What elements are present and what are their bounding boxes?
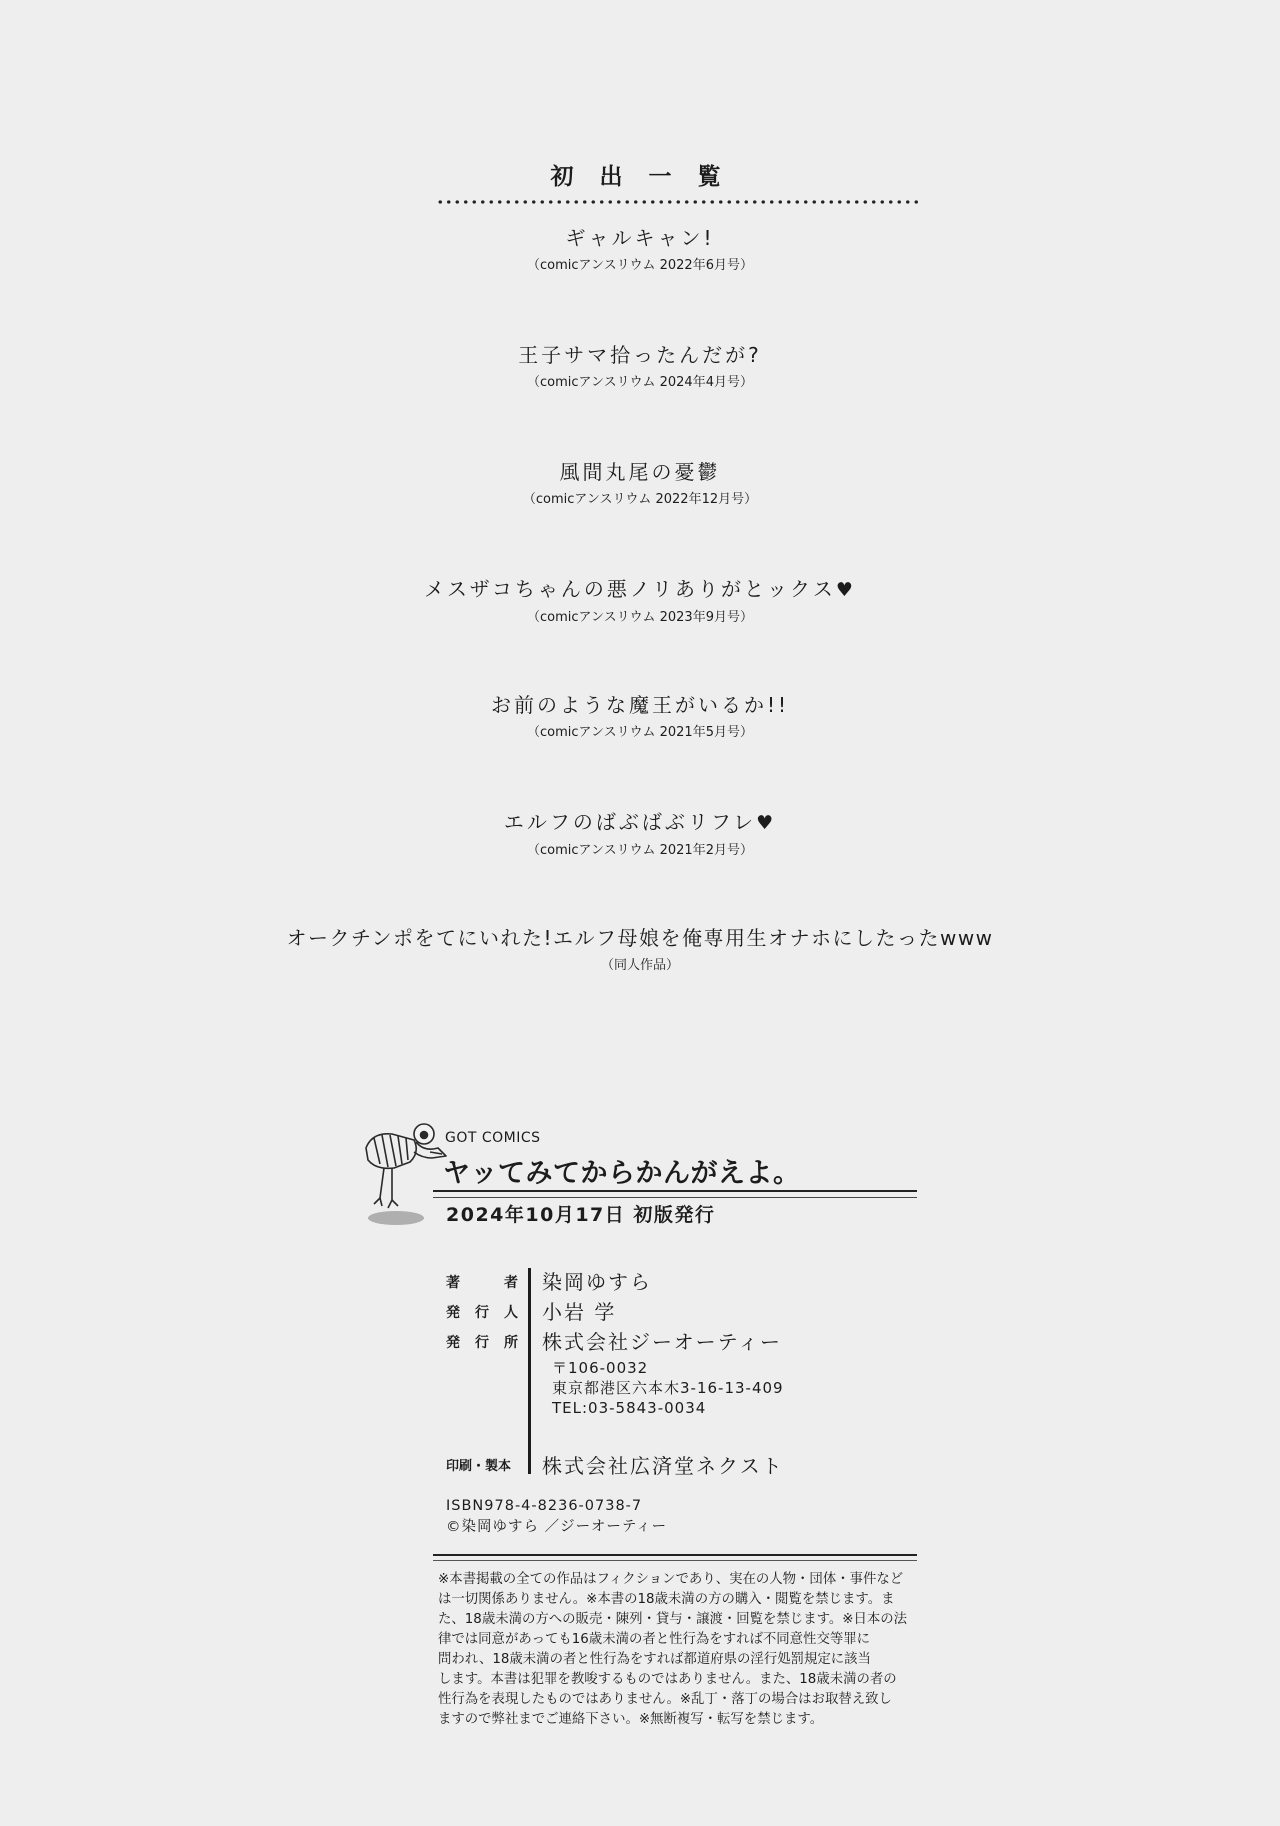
first-appearance-heading: 初 出 一 覧 bbox=[0, 158, 1280, 191]
entry-title: 王子サマ拾ったんだが? bbox=[0, 342, 1280, 368]
dotted-divider bbox=[436, 199, 920, 205]
printer-label: 印刷・製本 bbox=[446, 1455, 518, 1474]
entry-title: 風間丸尾の憂鬱 bbox=[0, 459, 1280, 485]
isbn: ISBN978-4-8236-0738-7 bbox=[446, 1496, 667, 1517]
entry-6: エルフのばぶばぶリフレ♥ （comicアンスリウム 2021年2月号） bbox=[0, 809, 1280, 860]
publisher-person-label: 発 行 人 bbox=[446, 1302, 518, 1322]
publisher-address: 〒106-0032 東京都港区六本木3-16-13-409 TEL:03-584… bbox=[552, 1358, 784, 1418]
entry-source: （comicアンスリウム 2023年9月号） bbox=[0, 609, 1280, 627]
credits-vertical-bar bbox=[528, 1268, 531, 1474]
copyright: ©染岡ゆすら ／ジーオーティー bbox=[446, 1517, 667, 1538]
street-address: 東京都港区六本木3-16-13-409 bbox=[552, 1378, 784, 1398]
author-label: 著 者 bbox=[446, 1272, 518, 1292]
publisher-label: 発 行 所 bbox=[446, 1332, 518, 1352]
bird-logo-icon bbox=[358, 1118, 448, 1228]
postal-code: 〒106-0032 bbox=[552, 1358, 784, 1378]
publisher-name: 株式会社ジーオーティー bbox=[542, 1326, 782, 1355]
entry-title: エルフのばぶばぶリフレ bbox=[504, 810, 756, 834]
series-label: GOT COMICS bbox=[445, 1130, 541, 1146]
entry-5: お前のような魔王がいるか!! （comicアンスリウム 2021年5月号） bbox=[0, 692, 1280, 742]
entry-title: お前のような魔王がいるか!! bbox=[0, 692, 1280, 718]
entry-3: 風間丸尾の憂鬱 （comicアンスリウム 2022年12月号） bbox=[0, 459, 1280, 509]
entry-source: （comicアンスリウム 2022年6月号） bbox=[0, 257, 1280, 275]
entry-source: （comicアンスリウム 2021年2月号） bbox=[0, 842, 1280, 860]
book-title: ヤッてみてからかんがえよ。 bbox=[443, 1151, 801, 1190]
entry-source: （comicアンスリウム 2022年12月号） bbox=[0, 491, 1280, 509]
notice-rule bbox=[433, 1554, 917, 1561]
entry-source: （comicアンスリウム 2024年4月号） bbox=[0, 374, 1280, 392]
entry-title: オークチンポをてにいれた!エルフ母娘を俺専用生オナホにしたったwww bbox=[0, 925, 1280, 951]
heart-icon: ♥ bbox=[756, 812, 776, 834]
author-name: 染岡ゆすら bbox=[542, 1266, 652, 1295]
publisher-person-name: 小岩 学 bbox=[542, 1296, 616, 1325]
isbn-block: ISBN978-4-8236-0738-7 ©染岡ゆすら ／ジーオーティー bbox=[446, 1496, 667, 1538]
entry-title: ギャルキャン! bbox=[0, 225, 1280, 251]
entry-4: メスザコちゃんの悪ノリありがとックス♥ （comicアンスリウム 2023年9月… bbox=[0, 576, 1280, 627]
telephone: TEL:03-5843-0034 bbox=[552, 1398, 784, 1418]
entry-7: オークチンポをてにいれた!エルフ母娘を俺専用生オナホにしたったwww （同人作品… bbox=[0, 925, 1280, 975]
heart-icon: ♥ bbox=[836, 579, 856, 601]
colophon-page: 初 出 一 覧 ギャルキャン! （comicアンスリウム 2022年6月号） 王… bbox=[0, 0, 1280, 1826]
title-rule bbox=[433, 1190, 917, 1198]
entry-source: （同人作品） bbox=[0, 957, 1280, 975]
legal-notice: ※本書掲載の全ての作品はフィクションであり、実在の人物・団体・事件など は一切関… bbox=[438, 1570, 918, 1730]
entry-2: 王子サマ拾ったんだが? （comicアンスリウム 2024年4月号） bbox=[0, 342, 1280, 392]
publication-date: 2024年10月17日 初版発行 bbox=[446, 1200, 715, 1227]
printer-name: 株式会社広済堂ネクスト bbox=[542, 1450, 784, 1479]
entry-1: ギャルキャン! （comicアンスリウム 2022年6月号） bbox=[0, 225, 1280, 275]
entry-source: （comicアンスリウム 2021年5月号） bbox=[0, 724, 1280, 742]
entry-title: メスザコちゃんの悪ノリありがとックス bbox=[424, 577, 836, 601]
